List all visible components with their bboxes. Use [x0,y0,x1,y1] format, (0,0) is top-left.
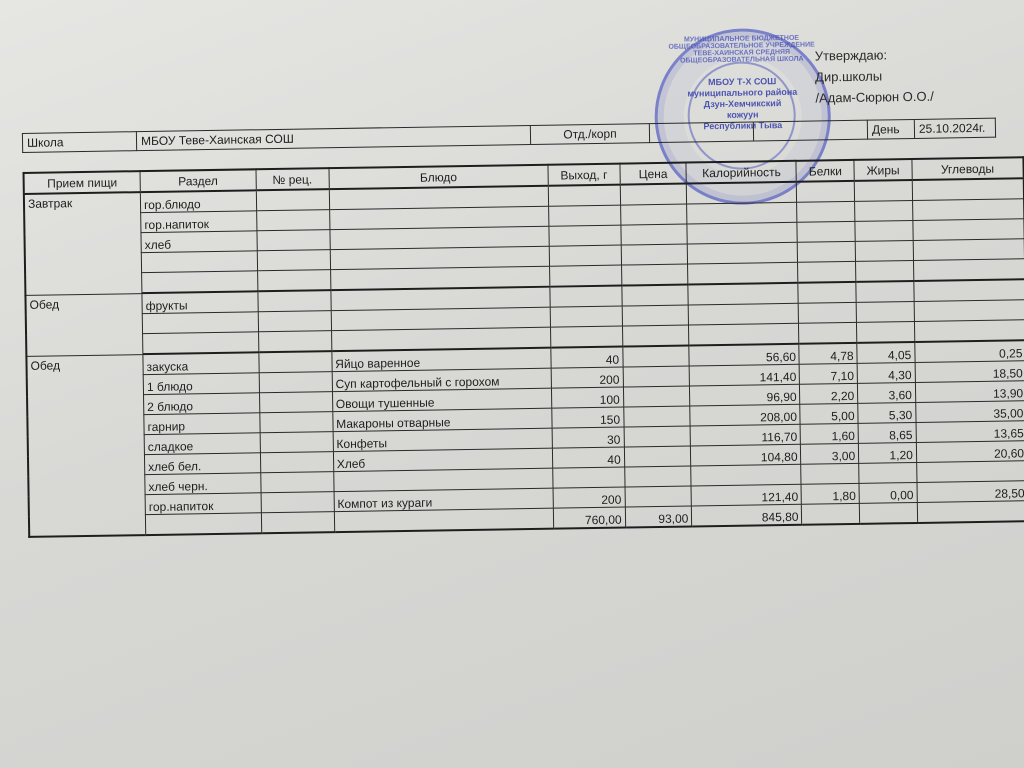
table-cell: 116,70 [690,424,800,446]
table-cell [688,283,798,305]
table-cell: 40 [551,347,623,369]
table-cell [622,305,689,326]
table-cell: 1,60 [801,423,859,444]
table-cell [689,303,799,325]
table-cell [916,461,1024,483]
approval-block: Утверждаю: Дир.школы /Адам-Сюрюн О.О./ [815,44,934,109]
table-cell [687,222,797,244]
meal-cell: Обед [25,293,142,356]
table-cell [550,286,622,308]
dept-extra [753,120,867,141]
table-cell: 104,80 [691,444,801,466]
table-cell [687,182,797,204]
table-cell [623,386,690,407]
table-cell [802,503,860,524]
table-cell [256,210,329,231]
table-cell: 0,00 [859,482,917,503]
table-cell [913,259,1024,281]
table-cell [798,282,856,303]
table-cell [797,221,855,242]
table-cell: 4,78 [799,343,857,364]
table-cell [620,204,687,225]
table-cell: 56,60 [689,344,799,366]
meal-cell: Обед [26,354,145,537]
dept-label: Отд./корп [530,124,649,145]
table-cell [259,351,332,373]
date-value: 25.10.2024г. [914,118,995,138]
table-cell [334,508,554,532]
table-cell: гор.напиток [145,493,261,515]
table-cell [623,406,690,427]
table-cell [259,392,332,413]
school-label: Школа [22,132,136,153]
approval-line-3: /Адам-Сюрюн О.О./ [815,86,934,109]
table-cell [797,181,855,202]
table-cell [688,262,798,284]
table-cell [914,300,1024,322]
table-cell [689,323,799,345]
table-cell [142,271,258,293]
table-cell: 141,40 [689,364,799,386]
table-cell: 5,00 [800,403,858,424]
table-cell [625,486,692,507]
table-cell: хлеб [141,231,257,253]
table-cell: 20,60 [916,441,1024,463]
table-cell [856,260,914,281]
table-cell [259,412,332,433]
table-cell [258,331,331,353]
table-cell [553,467,625,488]
table-cell: 3,00 [801,443,859,464]
table-cell: 208,00 [690,404,800,426]
table-cell: 5,30 [858,402,916,423]
table-cell [913,219,1024,241]
table-cell [621,264,688,286]
table-cell [260,432,333,453]
table-cell [549,205,621,226]
table-cell: 1,80 [801,483,859,504]
table-cell [798,241,856,262]
stamp-ring-text: МУНИЦИПАЛЬНОЕ БЮДЖЕТНОЕ ОБЩЕОБРАЗОВАТЕЛЬ… [666,34,816,64]
table-cell: хлеб черн. [145,473,261,495]
table-cell: 121,40 [691,484,801,506]
day-label: День [867,119,914,139]
column-header: Жиры [854,159,912,181]
table-cell [855,220,913,241]
table-cell [549,225,621,246]
table-cell [620,184,687,206]
header-table: Школа МБОУ Теве-Хаинская СОШ Отд./корп Д… [22,118,996,153]
table-cell: 760,00 [553,507,625,529]
table-cell [550,326,622,348]
table-cell [624,466,691,487]
table-cell [856,301,914,322]
table-cell [622,325,689,347]
table-cell [258,290,331,312]
table-cell: 8,65 [858,422,916,443]
table-cell: гарнир [144,413,260,435]
school-value: МБОУ Теве-Хаинская СОШ [136,125,530,150]
table-cell [260,452,333,473]
table-cell [622,346,689,368]
table-cell [859,502,917,523]
table-cell [914,320,1024,342]
table-cell: 100 [551,387,623,408]
table-cell: 200 [551,367,623,388]
table-cell: 18,50 [915,361,1024,383]
table-cell [257,270,330,292]
table-cell [798,261,856,282]
table-cell [854,180,912,201]
table-cell [260,472,333,493]
approval-line-2: Дир.школы [815,65,934,88]
table-cell: 93,00 [625,506,692,528]
table-cell [855,240,913,261]
table-cell [142,312,258,334]
table-cell [912,178,1024,200]
table-cell [624,446,691,467]
table-cell [623,366,690,387]
dept-value [649,122,753,143]
table-cell [143,332,259,354]
column-header: Углеводы [912,157,1024,180]
table-cell: 845,80 [692,504,802,526]
column-header: № рец. [256,168,329,190]
table-cell [801,463,859,484]
table-cell: 13,90 [915,381,1024,403]
table-cell: 35,00 [916,401,1024,423]
table-cell [797,201,855,222]
table-cell [855,200,913,221]
table-cell [799,322,857,343]
table-cell [857,321,915,342]
table-cell: 150 [552,407,624,428]
menu-document: МУНИЦИПАЛЬНОЕ БЮДЖЕТНОЕ ОБЩЕОБРАЗОВАТЕЛЬ… [0,0,1024,768]
table-cell [550,306,622,327]
table-cell: сладкое [144,433,260,455]
table-cell [687,202,797,224]
table-cell [913,239,1024,261]
table-cell [914,279,1024,301]
table-cell: 28,50 [917,481,1024,503]
table-cell [259,372,332,393]
table-cell [688,242,798,264]
table-cell [856,281,914,302]
table-cell: 0,25 [915,340,1024,362]
table-cell [256,189,329,211]
table-cell [261,512,334,534]
table-cell: 13,65 [916,421,1024,443]
column-header: Калорийность [686,161,796,184]
table-cell: гор.напиток [141,211,257,233]
table-cell: 40 [552,447,624,468]
table-cell [799,302,857,323]
table-cell [621,244,688,265]
table-cell [257,230,330,251]
table-cell [548,185,620,207]
table-cell [550,265,622,287]
table-cell [257,250,330,271]
table-cell: 200 [553,487,625,508]
table-cell: 7,10 [800,363,858,384]
column-header: Белки [796,160,854,182]
table-cell: 4,30 [857,362,915,383]
table-cell [141,251,257,273]
table-cell: 4,05 [857,342,915,363]
table-cell [917,501,1024,523]
column-header: Раздел [140,169,256,192]
table-cell [145,513,261,535]
table-cell [624,426,691,447]
table-cell: фрукты [142,291,258,313]
table-cell [621,224,688,245]
column-header: Выход, г [548,164,620,186]
table-cell: 3,60 [858,382,916,403]
table-cell [549,245,621,266]
table-cell [912,199,1024,221]
table-cell [258,311,331,332]
column-header: Цена [620,163,687,185]
table-cell: 30 [552,427,624,448]
menu-table: Прием пищиРаздел№ рец.БлюдоВыход, гЦенаК… [23,156,1024,538]
table-cell: закуска [143,352,259,374]
approval-line-1: Утверждаю: [815,44,934,67]
table-cell: хлеб бел. [144,453,260,475]
table-cell: 2 блюдо [144,393,260,415]
table-cell: гор.блюдо [140,190,256,212]
table-cell [859,462,917,483]
table-cell [691,464,801,486]
table-cell: 96,90 [690,384,800,406]
column-header: Прием пищи [24,171,141,194]
table-cell [261,492,334,513]
table-cell [621,285,688,307]
meal-cell: Завтрак [24,192,142,295]
table-cell: 2,20 [800,383,858,404]
table-cell: 1,20 [859,442,917,463]
table-cell: 1 блюдо [143,373,259,395]
